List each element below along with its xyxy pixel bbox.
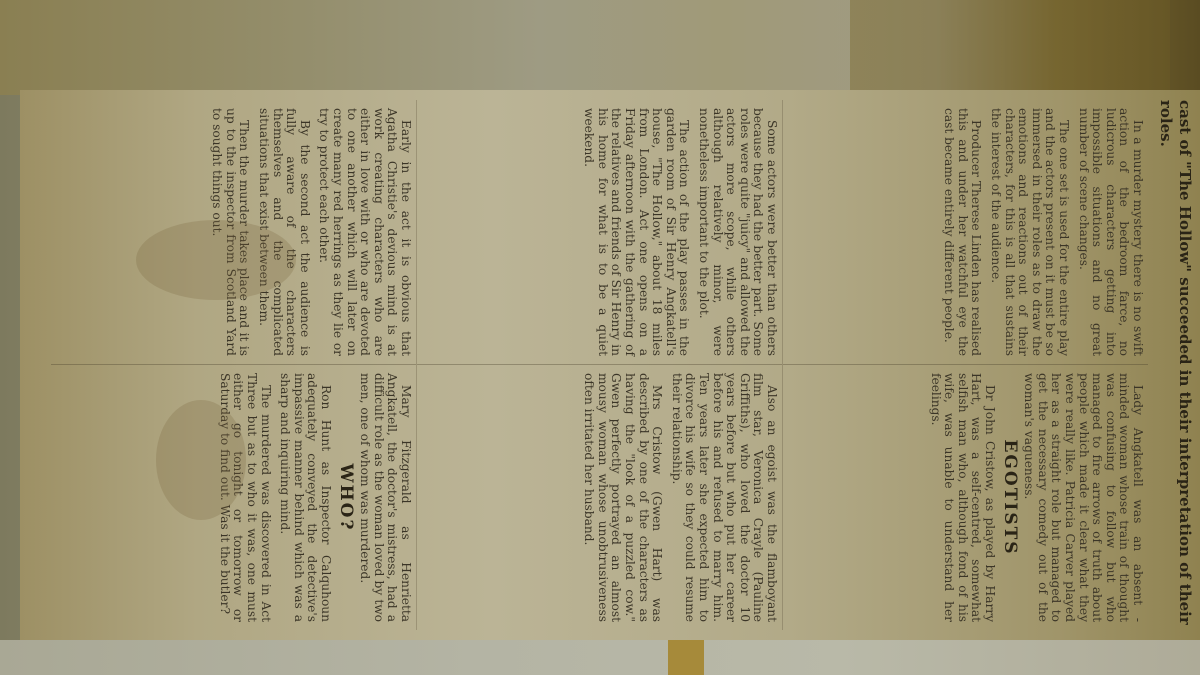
paragraph: Mary Fitzgerald as Henrietta Angkatell, … (358, 373, 412, 622)
column: In a murder mystery there is no swift ac… (783, 100, 1148, 365)
paragraph: Mrs Cristow (Gwen Hart) was described by… (582, 373, 664, 622)
paragraph: Producer Therese Linden has realised thi… (942, 108, 983, 356)
article-row-2: Some actors were better than others beca… (417, 100, 783, 630)
paragraph: Also an egoist was the flamboyant film s… (669, 373, 778, 622)
paragraph: Ron Hunt as Inspector Calquhoun adequate… (278, 373, 332, 622)
paragraph: Early in the act it is obvious that Agat… (317, 108, 412, 356)
tape-strip-bottom (668, 640, 704, 675)
newspaper-clipping-area: cast of "The Hollow" succeeded in their … (20, 90, 1200, 640)
column: Also an egoist was the flamboyant film s… (417, 365, 782, 630)
column: Lady Angkatell was an absent - minded wo… (783, 365, 1148, 630)
tape-strip-top (850, 0, 1170, 92)
article-row-3: Early in the act it is obvious that Agat… (51, 100, 417, 630)
paragraph: Then the murder takes place and it is up… (210, 108, 251, 356)
column: Some actors were better than others beca… (417, 100, 782, 365)
paragraph: Dr John Cristow, as played by Harry Hart… (928, 373, 996, 622)
paragraph: In a murder mystery there is no swift ac… (1076, 108, 1144, 356)
paragraph: Some actors were better than others beca… (696, 108, 778, 356)
paragraph: The one set is used for the entire play … (988, 108, 1070, 356)
subheading-egotists: EGOTISTS (1002, 373, 1016, 622)
paragraph: The murdered was discovered in Act Three… (217, 373, 271, 622)
headline: cast of "The Hollow" succeeded in their … (1156, 100, 1194, 630)
paragraph: The action of the play passes in the gar… (582, 108, 691, 356)
paragraph: By the second act the audience is fully … (256, 108, 310, 356)
article-row-1: In a murder mystery there is no swift ac… (783, 100, 1148, 630)
column: Mary Fitzgerald as Henrietta Angkatell, … (51, 365, 416, 630)
paragraph: Lady Angkatell was an absent - minded wo… (1022, 373, 1144, 622)
newspaper-clipping: cast of "The Hollow" succeeded in their … (20, 90, 1200, 640)
column: Early in the act it is obvious that Agat… (51, 100, 416, 365)
background-bottom (0, 640, 1200, 675)
subheading-who: WHO? (338, 373, 352, 622)
